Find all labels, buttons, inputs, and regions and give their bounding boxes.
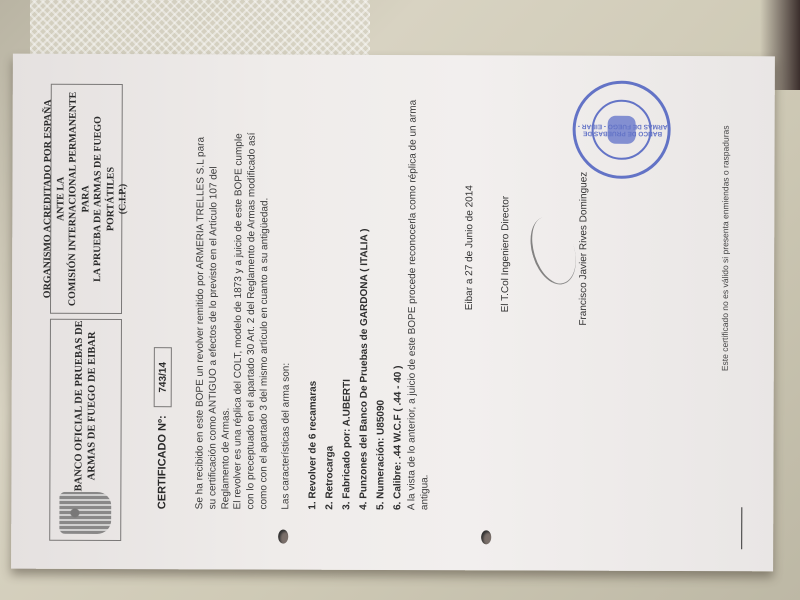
- certificate-number: 743/14: [154, 347, 172, 407]
- margin-mark: [741, 507, 742, 549]
- signer-role: El T.Col Ingeniero Director: [500, 196, 511, 313]
- punch-hole: [481, 530, 491, 544]
- header-right-box: ORGANISMO ACREDITADO POR ESPAÑA ANTE LA …: [50, 84, 123, 314]
- list-item: 5. Numeración: U85090: [375, 229, 393, 510]
- certificate-number-row: CERTIFICADO Nº: 743/14: [153, 347, 172, 509]
- date-line: Eibar a 27 de Junio de 2014: [464, 185, 475, 310]
- header-left-box: BANCO OFICIAL DE PRUEBAS DE ARMAS DE FUE…: [49, 319, 122, 541]
- rotated-document-content: BANCO OFICIAL DE PRUEBAS DE ARMAS DE FUE…: [11, 54, 775, 572]
- certificate-paper: BANCO OFICIAL DE PRUEBAS DE ARMAS DE FUE…: [11, 54, 775, 572]
- spain-coat-of-arms-icon: [59, 492, 111, 534]
- signature-icon: [523, 211, 584, 290]
- paragraph-conclusion: A la vista de lo anterior, a juicio de e…: [405, 90, 432, 510]
- list-item: 2. Retrocarga: [324, 228, 342, 509]
- list-item: 1. Revolver de 6 recamaras: [307, 228, 325, 509]
- punch-hole: [278, 530, 288, 544]
- accreditation-text: ORGANISMO ACREDITADO POR ESPAÑA ANTE LA …: [42, 91, 130, 307]
- signer-name: Francisco Javier Rives Dominguez: [578, 172, 590, 326]
- validity-footer-note: Este certificado no es válido si present…: [720, 125, 731, 371]
- list-item: 4. Punzones del Banco De Pruebas de GARD…: [358, 229, 376, 510]
- characteristics-intro: Las características del arma son:: [279, 130, 293, 510]
- characteristics-list: 1. Revolver de 6 recamaras 2. Retrocarga…: [307, 228, 410, 510]
- certificate-label: CERTIFICADO Nº:: [156, 415, 168, 509]
- issuer-name: BANCO OFICIAL DE PRUEBAS DE ARMAS DE FUE…: [72, 320, 99, 492]
- stamp-text: BANCO DE PRUEBAS DE ARMAS DE FUEGO - EIB…: [573, 123, 673, 137]
- paragraph-receipt: Se ha recibido en este BOPE un revolver …: [193, 129, 233, 509]
- official-stamp-icon: BANCO DE PRUEBAS DE ARMAS DE FUEGO - EIB…: [572, 81, 670, 179]
- list-item: 3. Fabricado por: A.UBERTI: [341, 228, 359, 509]
- paragraph-replica: El revolver es una réplica del COLT, mod…: [231, 129, 271, 509]
- lace-tablecloth-background: [30, 0, 370, 58]
